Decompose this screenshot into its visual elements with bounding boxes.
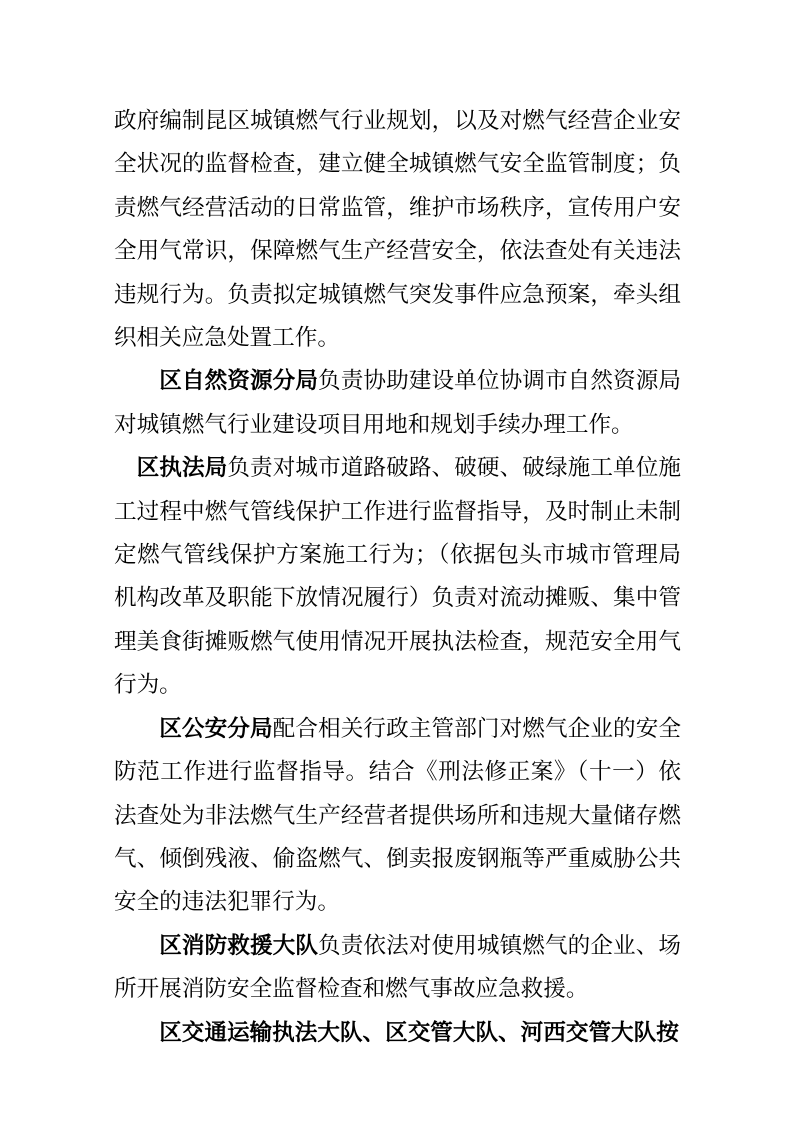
paragraph-bold-lead: 区执法局 xyxy=(137,455,228,480)
paragraph-bold-lead: 区自然资源分局 xyxy=(159,368,318,393)
paragraph-bold-lead: 区公安分局 xyxy=(159,716,272,741)
paragraph-natural-resources-branch: 区自然资源分局负责协助建设单位协调市自然资源局对城镇燃气行业建设项目用地和规划手… xyxy=(114,359,681,446)
paragraph-gas-industry-duties: 政府编制昆区城镇燃气行业规划，以及对燃气经营企业安全状况的监督检查，建立健全城镇… xyxy=(114,99,681,359)
document-page: 政府编制昆区城镇燃气行业规划，以及对燃气经营企业安全状况的监督检查，建立健全城镇… xyxy=(0,0,793,1122)
paragraph-public-security-branch: 区公安分局配合相关行政主管部门对燃气企业的安全防范工作进行监督指导。结合《刑法修… xyxy=(114,707,681,924)
paragraph-text: 配合相关行政主管部门对燃气企业的安全防范工作进行监督指导。结合《刑法修正案》（十… xyxy=(114,716,681,915)
paragraph-bold-lead: 区交通运输执法大队、区交管大队、河西交管大队按 xyxy=(159,1020,679,1045)
paragraph-transport-enforcement-brigades: 区交通运输执法大队、区交管大队、河西交管大队按 xyxy=(114,1011,681,1054)
paragraph-law-enforcement-bureau: 区执法局负责对城市道路破路、破硬、破绿施工单位施工过程中燃气管线保护工作进行监督… xyxy=(114,446,681,706)
paragraph-fire-rescue-brigade: 区消防救援大队负责依法对使用城镇燃气的企业、场所开展消防安全监督检查和燃气事故应… xyxy=(114,924,681,1011)
paragraph-bold-lead: 区消防救援大队 xyxy=(159,933,318,958)
document-body: 政府编制昆区城镇燃气行业规划，以及对燃气经营企业安全状况的监督检查，建立健全城镇… xyxy=(114,99,681,1054)
paragraph-text: 负责对城市道路破路、破硬、破绿施工单位施工过程中燃气管线保护工作进行监督指导，及… xyxy=(114,455,681,697)
paragraph-text: 政府编制昆区城镇燃气行业规划，以及对燃气经营企业安全状况的监督检查，建立健全城镇… xyxy=(114,108,681,350)
